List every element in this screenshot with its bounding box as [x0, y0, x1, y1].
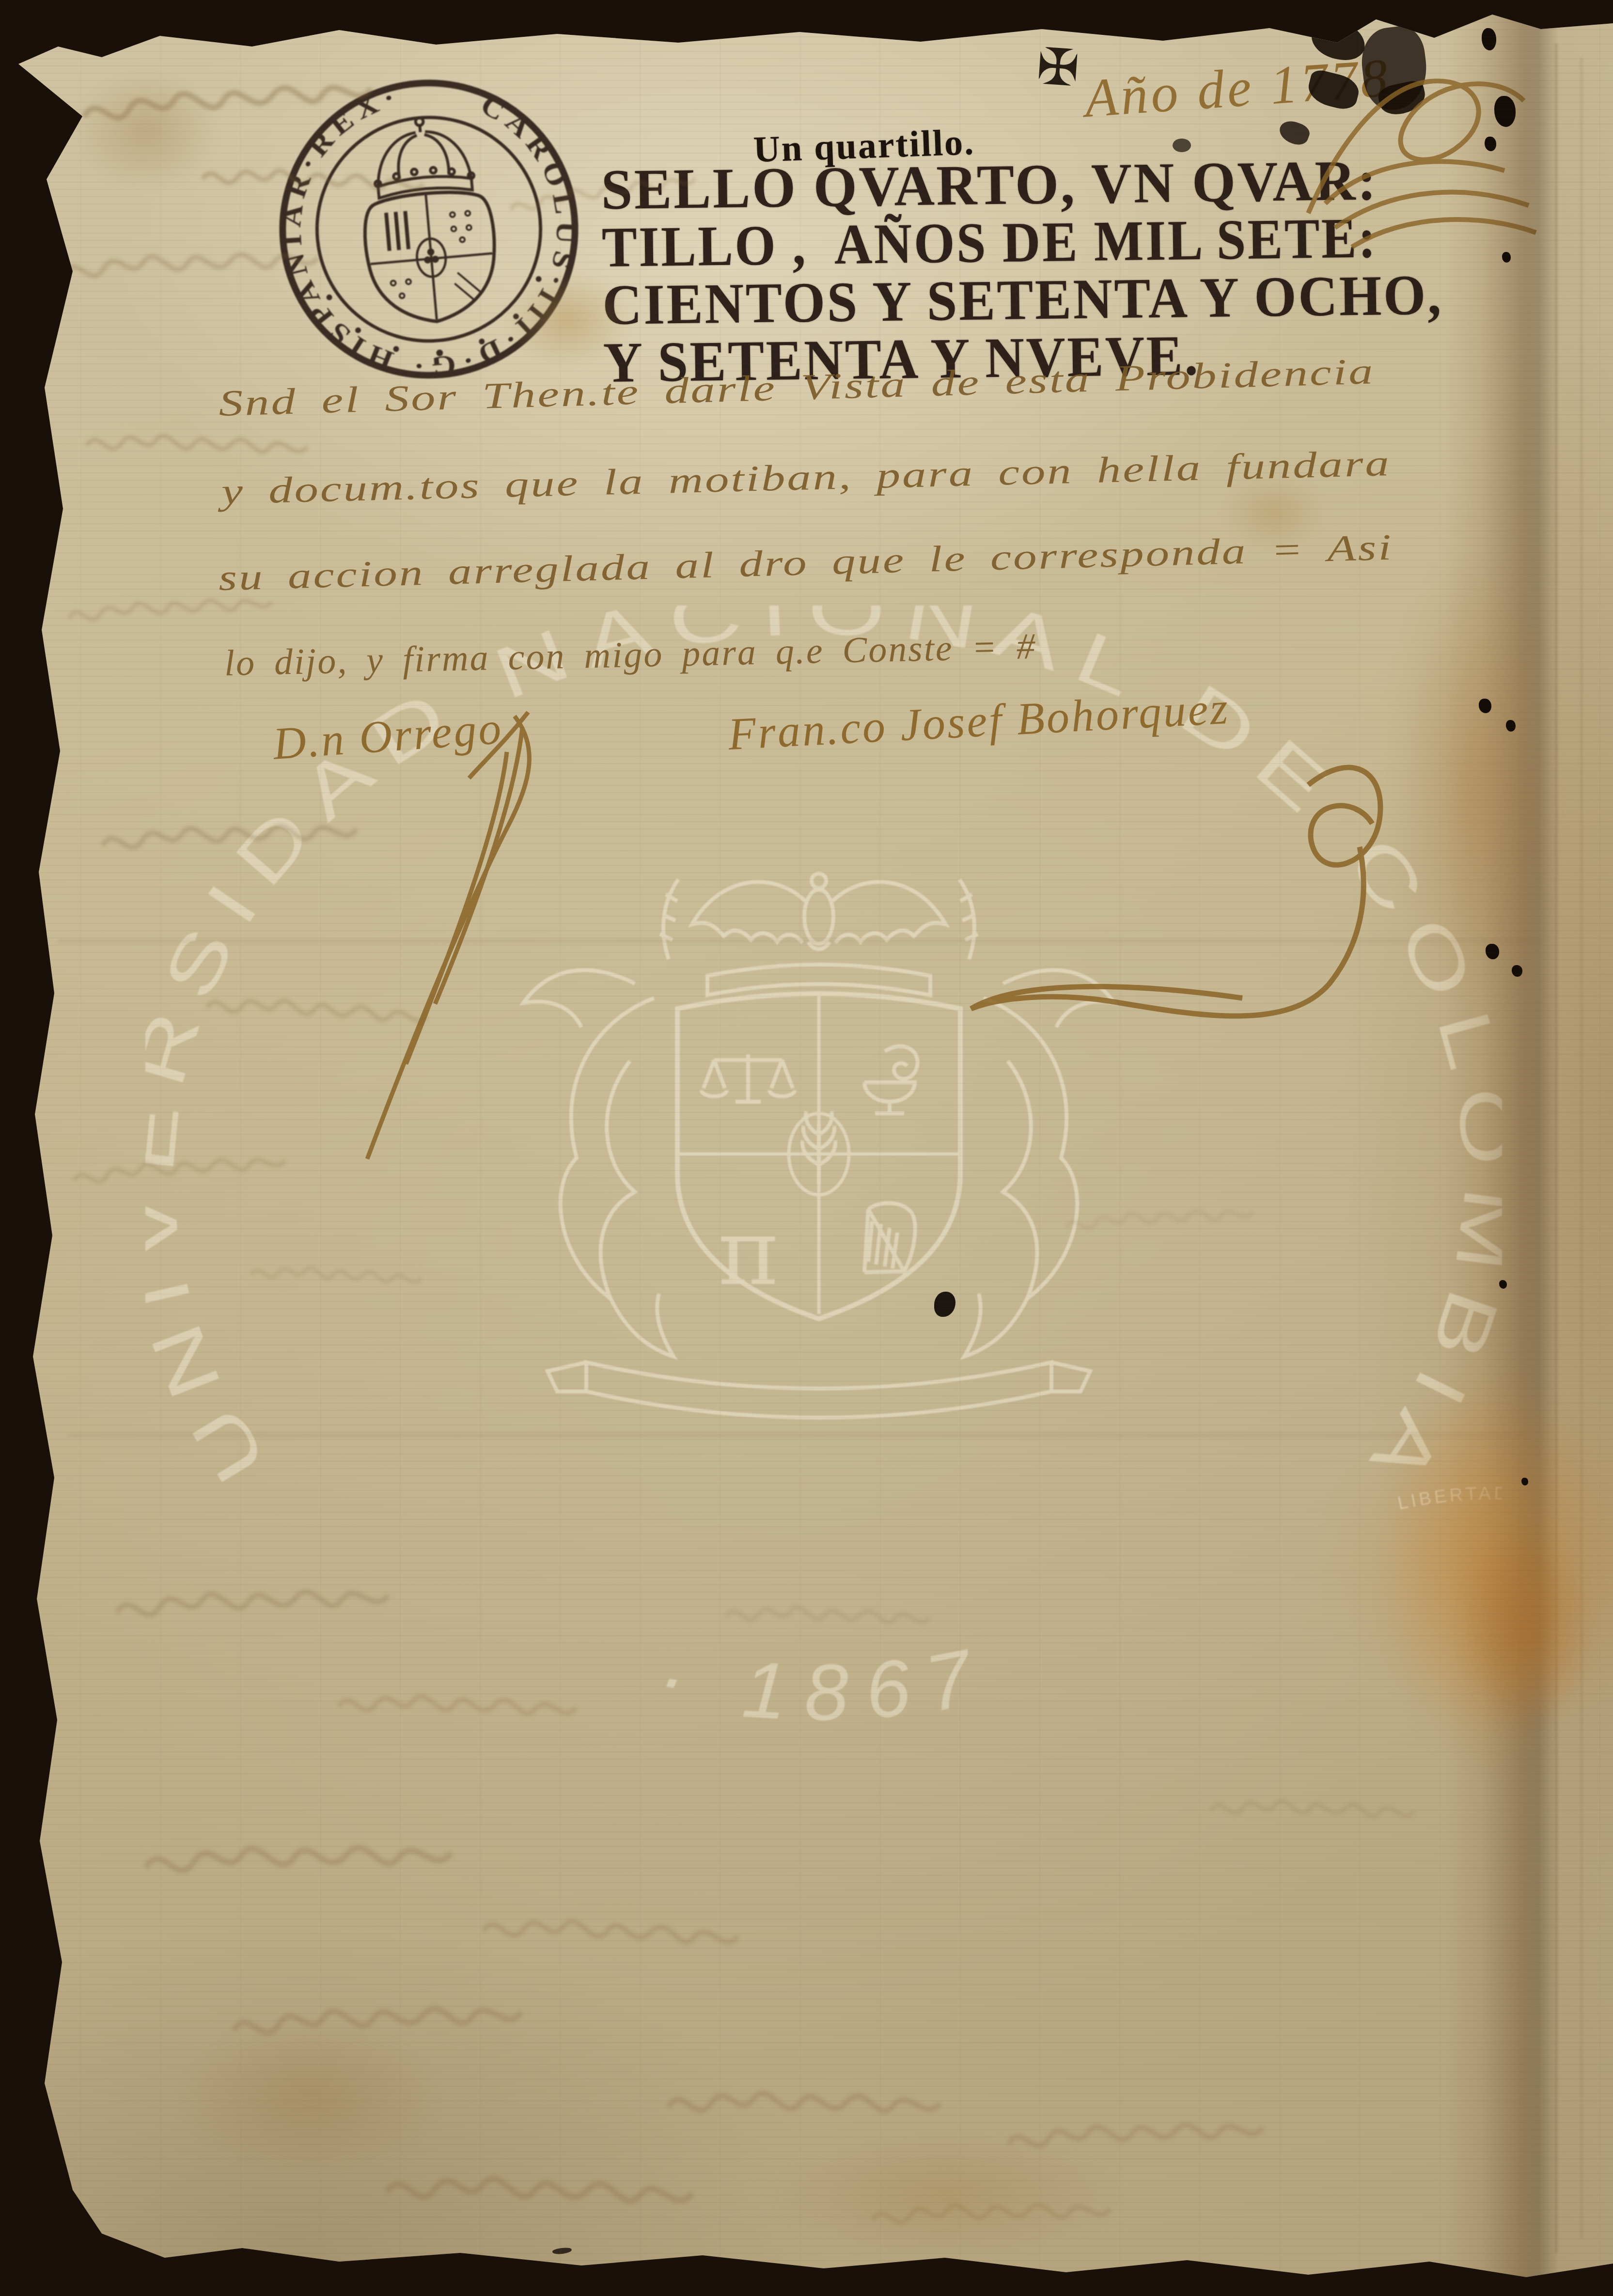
motto-banner-bottom: INTER · AULAS · ACADEMIÆ · QUÆRE · VERUM: [548, 1125, 1502, 1793]
rubric-feather: [367, 712, 529, 1159]
stain: [184, 2025, 436, 2171]
rubric-flourish-bohorquez: [971, 767, 1380, 1016]
stitch-hole: [1494, 96, 1516, 127]
stain: [73, 73, 218, 189]
stain: [1376, 1347, 1599, 1783]
stitch-hole: [1479, 699, 1491, 713]
seal-garland: [326, 276, 548, 365]
manuscript-line: lo dijo, y firma con migo para q.e Const…: [224, 625, 1037, 685]
crease-line: [58, 940, 1541, 942]
watermark-shield: π: [677, 992, 960, 1319]
ink-dot: [934, 1292, 955, 1317]
crease-line: [68, 1434, 1531, 1437]
stitch-hole: [1486, 944, 1499, 959]
scanned-manuscript: UNIVERSIDAD NACIONAL DE COLOMBIA · 1867 …: [0, 0, 1613, 2296]
manuscript-line: y docum.tos que la motiban, para con hel…: [221, 442, 1391, 513]
stain: [1458, 1526, 1594, 1730]
stitch-hole: [1482, 28, 1496, 50]
signature-orrego: D.n Orrego: [271, 702, 505, 770]
ornament-leaves-left: [523, 970, 673, 1357]
seal-crown: [370, 113, 475, 198]
stitch-hole: [1485, 137, 1496, 151]
wheat-sprig-right: [959, 879, 978, 959]
stitch-hole: [1512, 965, 1522, 977]
ink-stamp-fragment: [1173, 139, 1191, 152]
svg-text:LIBERTAD Y ORDEN: LIBERTAD Y ORDEN: [811, 1127, 1502, 1515]
invocation-cross-icon: ✠: [1035, 36, 1081, 98]
ink-stamp-fragment: [1276, 118, 1312, 148]
printed-line: CIENTOS Y SETENTA Y OCHO,: [602, 266, 1443, 334]
stitch-hole: [1502, 252, 1511, 263]
svg-text:· 1867 ·: · 1867 ·: [145, 606, 1039, 1737]
stain: [775, 2132, 1114, 2258]
royal-seal-stamp: CAROLUS·III·D·G· HISPANIAR·REX·: [248, 48, 610, 410]
seal-legend-text: CAROLUS·III·D·G· HISPANIAR·REX·: [264, 65, 594, 394]
crease-line: [1581, 58, 1582, 2238]
wheat-sprig-left: [660, 879, 678, 959]
manuscript-line: su accion arreglada al dro que le corres…: [218, 527, 1394, 599]
university-watermark: UNIVERSIDAD NACIONAL DE COLOMBIA · 1867 …: [145, 606, 1502, 1793]
stitch-hole: [1499, 1280, 1507, 1289]
motto-banner-top: LIBERTAD Y ORDEN: [707, 965, 1502, 1515]
condor-icon: [692, 874, 946, 949]
scales-icon: [702, 1054, 795, 1102]
university-crest-watermark: LIBERTAD Y ORDEN: [523, 874, 1502, 1793]
harp-icon: [864, 1203, 915, 1272]
watermark-year-text: · 1867 ·: [145, 606, 1039, 1737]
ink-dash: [552, 2247, 572, 2255]
svg-text:INTER · AULAS · ACADEMIÆ · QUÆ: INTER · AULAS · ACADEMIÆ · QUÆRE · VERUM: [810, 1125, 1503, 1793]
crease-line: [1555, 44, 1557, 2253]
central-escutcheon: [789, 1111, 849, 1195]
seal-shield: [361, 188, 501, 327]
stain: [1395, 557, 1555, 1017]
stitch-hole: [1506, 720, 1516, 732]
ornament-leaves-right: [964, 970, 1114, 1357]
svg-text:CAROLUS·III·D·G· HISPANIAR·REX: CAROLUS·III·D·G· HISPANIAR·REX·: [264, 65, 594, 394]
pi-symbol: π: [718, 1199, 779, 1306]
manuscript-page: UNIVERSIDAD NACIONAL DE COLOMBIA · 1867 …: [0, 0, 1613, 2296]
signature-bohorquez: Fran.co Josef Bohorquez: [727, 682, 1231, 761]
serpent-cup-icon: [864, 1046, 918, 1113]
stitch-hole: [1521, 1478, 1528, 1485]
